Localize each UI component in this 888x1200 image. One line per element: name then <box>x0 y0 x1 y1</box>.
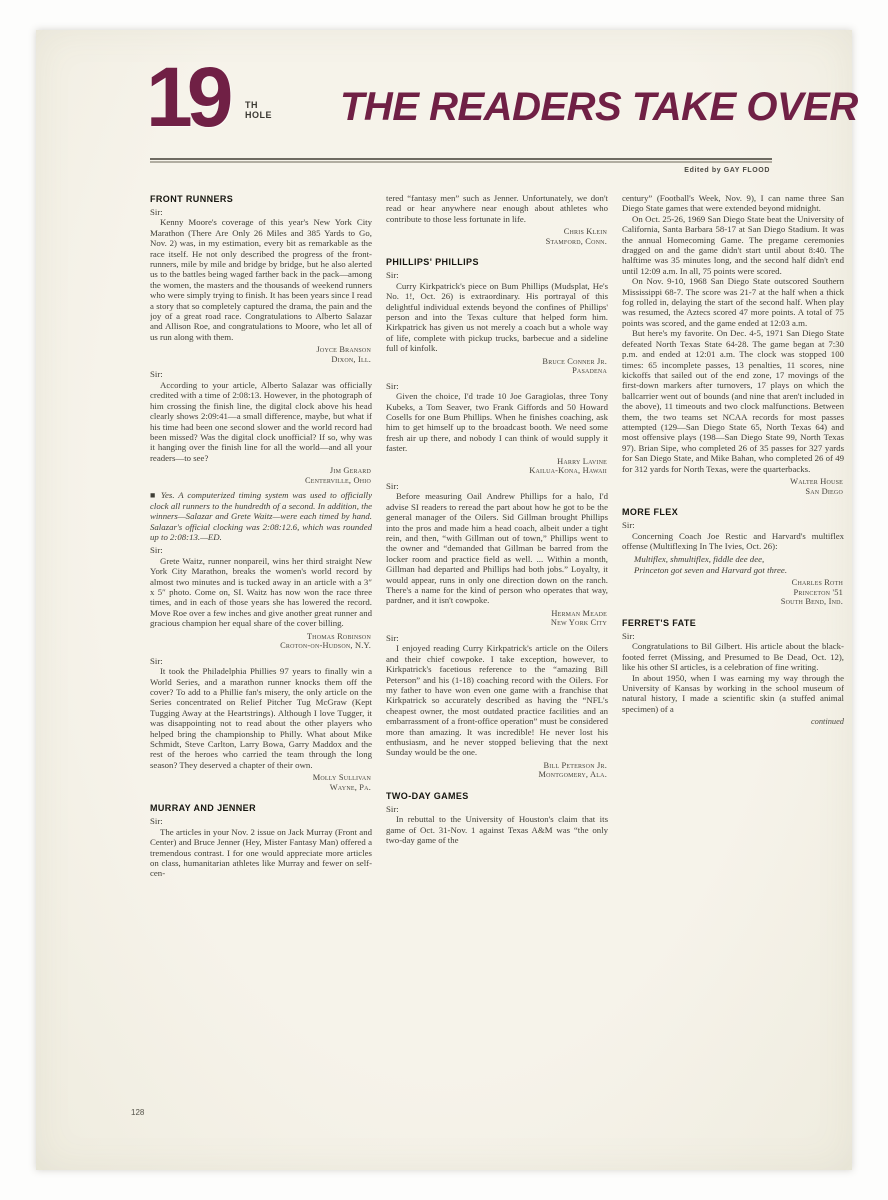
magazine-page: 19 TH HOLE THE READERS TAKE OVER Edited … <box>36 30 852 1170</box>
signature-name: Joyce Branson <box>150 345 371 355</box>
signature-place: Princeton '51 <box>622 588 843 598</box>
letter-paragraph: I enjoyed reading Curry Kirkpatrick's ar… <box>386 643 608 757</box>
column-2: tered “fantasy men” such as Jenner. Unfo… <box>386 193 608 1098</box>
letter-paragraph: Before measuring Oail Andrew Phillips fo… <box>386 491 608 605</box>
signature-place: New York City <box>386 618 607 628</box>
signature-name: Herman Meade <box>386 609 607 619</box>
column-1: FRONT RUNNERSSir:Kenny Moore's coverage … <box>150 193 372 1098</box>
salutation: Sir: <box>386 270 608 280</box>
signature: Joyce BransonDixon, Ill. <box>150 345 371 364</box>
th-label: TH <box>245 100 272 110</box>
signature: Bill Peterson Jr.Montgomery, Ala. <box>386 761 607 780</box>
page-title: THE READERS TAKE OVER <box>340 90 858 124</box>
letter-heading: PHILLIPS' PHILLIPS <box>386 257 608 267</box>
signature-place: Kailua-Kona, Hawaii <box>386 466 607 476</box>
signature-place: Montgomery, Ala. <box>386 770 607 780</box>
signature: Herman MeadeNew York City <box>386 609 607 628</box>
letter-paragraph: On Nov. 9-10, 1968 San Diego State outsc… <box>622 276 844 328</box>
header-rule <box>150 158 772 160</box>
signature: Harry LavineKailua-Kona, Hawaii <box>386 457 607 476</box>
signature: Chris KleinStamford, Conn. <box>386 227 607 246</box>
continued-marker: continued <box>622 717 844 726</box>
signature-place: Centerville, Ohio <box>150 476 371 486</box>
signature-name: Harry Lavine <box>386 457 607 467</box>
letter-paragraph: Grete Waitz, runner nonpareil, wins her … <box>150 556 372 629</box>
signature: Molly SullivanWayne, Pa. <box>150 773 371 792</box>
letter-paragraph: century” (Football's Week, Nov. 9), I ca… <box>622 193 844 214</box>
signature-name: Thomas Robinson <box>150 632 371 642</box>
signature-name: Jim Gerard <box>150 466 371 476</box>
letter-paragraph: Curry Kirkpatrick's piece on Bum Phillip… <box>386 281 608 354</box>
salutation: Sir: <box>622 631 844 641</box>
letter-paragraph: On Oct. 25-26, 1969 San Diego State beat… <box>622 214 844 276</box>
letter-paragraph: According to your article, Alberto Salaz… <box>150 380 372 463</box>
column-3: century” (Football's Week, Nov. 9), I ca… <box>622 193 844 1098</box>
signature-place: Croton-on-Hudson, N.Y. <box>150 641 371 651</box>
verse-line: Princeton got seven and Harvard got thre… <box>634 565 844 575</box>
signature-name: Molly Sullivan <box>150 773 371 783</box>
letter-paragraph: tered “fantasy men” such as Jenner. Unfo… <box>386 193 608 224</box>
letter-paragraph: Kenny Moore's coverage of this year's Ne… <box>150 217 372 342</box>
signature-name: Bill Peterson Jr. <box>386 761 607 771</box>
signature-place: Dixon, Ill. <box>150 355 371 365</box>
letter-paragraph: Congratulations to Bil Gilbert. His arti… <box>622 641 844 672</box>
edited-by-byline: Edited by GAY FLOOD <box>684 167 770 174</box>
signature: Bruce Conner Jr.Pasadena <box>386 357 607 376</box>
signature: Jim GerardCenterville, Ohio <box>150 466 371 485</box>
salutation: Sir: <box>150 816 372 826</box>
signature-name: Charles Roth <box>622 578 843 588</box>
signature-place: Stamford, Conn. <box>386 237 607 247</box>
salutation: Sir: <box>386 804 608 814</box>
signature-name: Chris Klein <box>386 227 607 237</box>
signature: Charles RothPrinceton '51South Bend, Ind… <box>622 578 843 607</box>
salutation: Sir: <box>150 207 372 217</box>
letter-paragraph: It took the Philadelphia Phillies 97 yea… <box>150 666 372 770</box>
letter-heading: MURRAY AND JENNER <box>150 803 372 813</box>
signature: Walter HouseSan Diego <box>622 477 843 496</box>
signature-place: Pasadena <box>386 366 607 376</box>
signature-place: Wayne, Pa. <box>150 783 371 793</box>
signature-name: Bruce Conner Jr. <box>386 357 607 367</box>
letter-paragraph: In rebuttal to the University of Houston… <box>386 814 608 845</box>
signature-place: South Bend, Ind. <box>622 597 843 607</box>
hole-label: HOLE <box>245 110 272 120</box>
letter-paragraph: The articles in your Nov. 2 issue on Jac… <box>150 827 372 879</box>
nineteenth-hole-logo: 19 <box>146 66 227 128</box>
page-number: 128 <box>131 1108 144 1117</box>
letter-paragraph: Concerning Coach Joe Restic and Harvard'… <box>622 531 844 552</box>
salutation: Sir: <box>150 656 372 666</box>
letter-heading: FRONT RUNNERS <box>150 194 372 204</box>
salutation: Sir: <box>150 545 372 555</box>
signature-place: San Diego <box>622 487 843 497</box>
verse-line: Multiflex, shmultiflex, fiddle dee dee, <box>634 554 844 564</box>
letter-heading: TWO-DAY GAMES <box>386 791 608 801</box>
salutation: Sir: <box>386 481 608 491</box>
salutation: Sir: <box>386 633 608 643</box>
salutation: Sir: <box>150 369 372 379</box>
letter-heading: MORE FLEX <box>622 507 844 517</box>
editor-note: ■ Yes. A computerized timing system was … <box>150 490 372 542</box>
salutation: Sir: <box>386 381 608 391</box>
letter-paragraph: But here's my favorite. On Dec. 4-5, 197… <box>622 328 844 474</box>
letter-heading: FERRET'S FATE <box>622 618 844 628</box>
letter-paragraph: Given the choice, I'd trade 10 Joe Garag… <box>386 391 608 453</box>
th-hole-label: TH HOLE <box>245 100 272 120</box>
signature-name: Walter House <box>622 477 843 487</box>
letters-columns: FRONT RUNNERSSir:Kenny Moore's coverage … <box>150 193 844 1098</box>
letter-paragraph: In about 1950, when I was earning my way… <box>622 673 844 715</box>
verse-letter: Multiflex, shmultiflex, fiddle dee dee,P… <box>634 554 844 575</box>
signature: Thomas RobinsonCroton-on-Hudson, N.Y. <box>150 632 371 651</box>
masthead: 19 TH HOLE THE READERS TAKE OVER Edited … <box>150 66 772 176</box>
salutation: Sir: <box>622 520 844 530</box>
